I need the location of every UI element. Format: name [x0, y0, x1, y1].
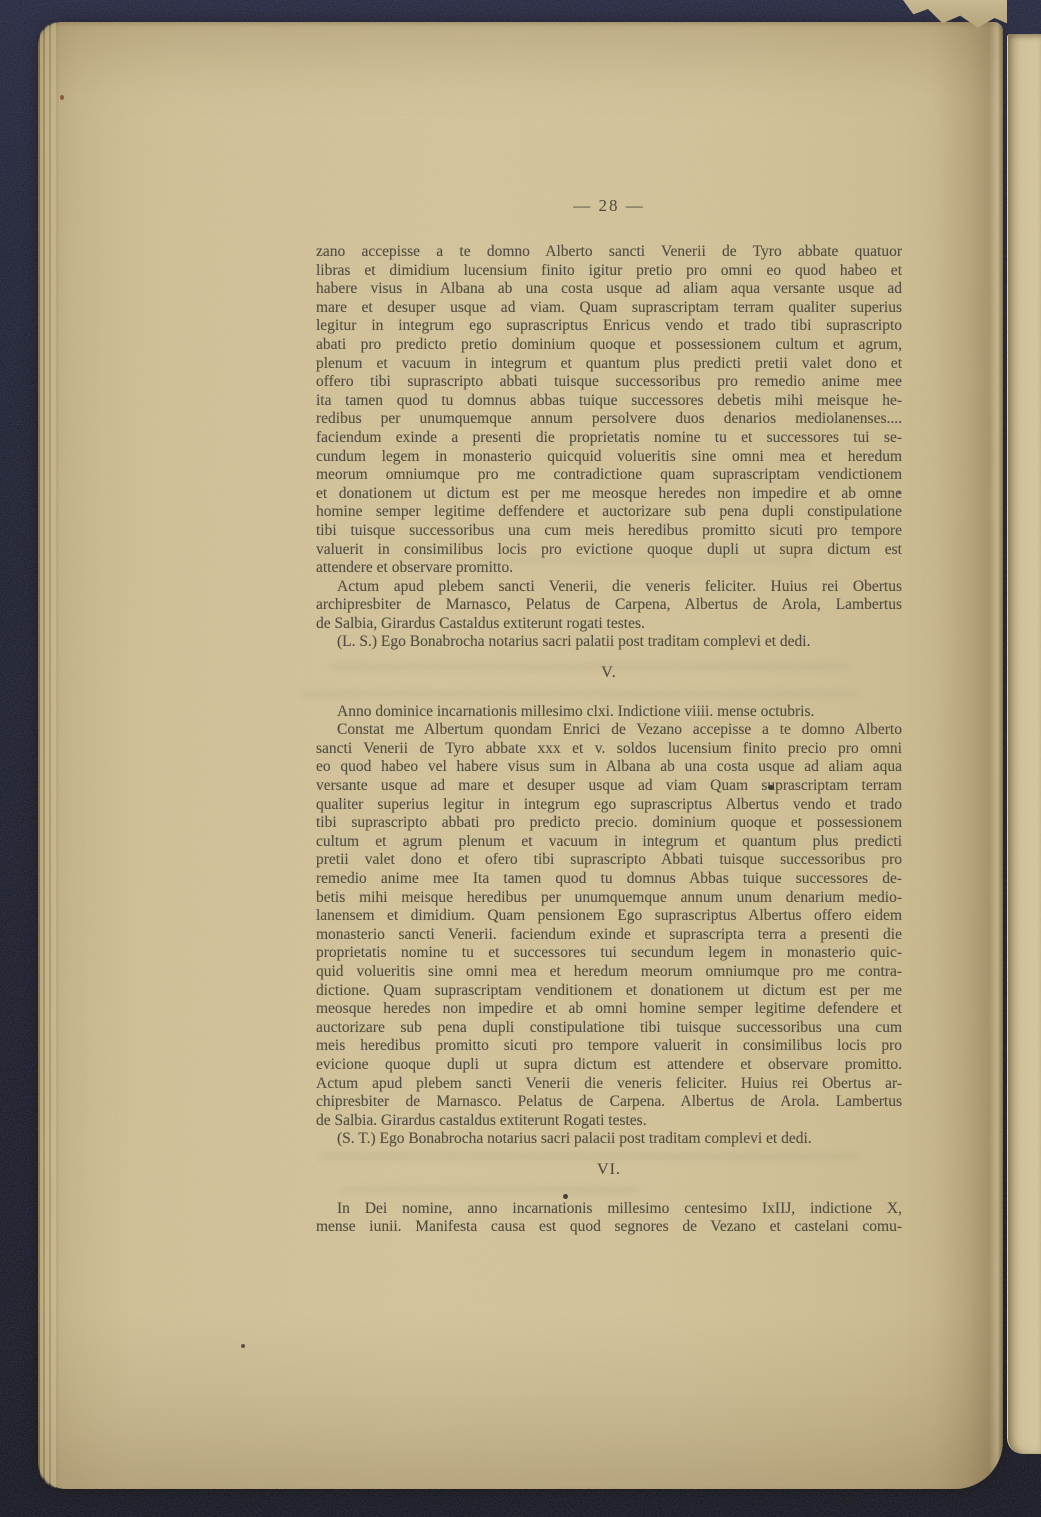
text-line: (S. T.) Ego Bonabrocha notarius sacri pa… — [316, 1130, 902, 1149]
text-line: et donationem ut dictum est per me meosq… — [316, 485, 902, 504]
paragraph: In Dei nomine, anno incarnationis milles… — [316, 1200, 902, 1237]
ink-speck — [563, 1194, 568, 1199]
text-line: faciendum exinde a presenti die propriet… — [316, 429, 902, 448]
text-line: cundum legem in monasterio quicquid volu… — [316, 448, 902, 467]
showthrough-smudge — [330, 662, 850, 671]
paragraph: zano accepisse a te domno Alberto sancti… — [316, 243, 902, 578]
text-line: habere visus in Albana ab una costa usqu… — [316, 280, 902, 299]
text-line: zano accepisse a te domno Alberto sancti… — [316, 243, 902, 262]
text-line: meosque heredes non impedire et ab omni … — [316, 1000, 902, 1019]
text-line: tibi tuisque successoribus una cum meis … — [316, 522, 902, 541]
text-line: sancti Venerii de Tyro abbate xxx et v. … — [316, 740, 902, 759]
text-line: versante usque ad mare et desuper usque … — [316, 777, 902, 796]
ink-speck — [768, 785, 774, 790]
ink-speck — [241, 1344, 245, 1348]
text-line: tibi suprascripto abbati pro predicto pr… — [316, 814, 902, 833]
text-line: (L. S.) Ego Bonabrocha notarius sacri pa… — [316, 633, 902, 652]
text-line: Constat me Albertum quondam Enrici de Ve… — [316, 721, 902, 740]
text-line: Anno dominice incarnationis millesimo cl… — [316, 703, 902, 722]
text-line: pretii valet dono et ofero tibi suprascr… — [316, 851, 902, 870]
text-line: In Dei nomine, anno incarnationis milles… — [316, 1200, 902, 1219]
text-line: auctorizare sub pena dupli constipulatio… — [316, 1019, 902, 1038]
section-heading: VI. — [316, 1161, 902, 1180]
text-line: monasterio sancti Venerii. faciendum exi… — [316, 926, 902, 945]
paragraph: (S. T.) Ego Bonabrocha notarius sacri pa… — [316, 1130, 902, 1149]
text-line: legitur in integrum ego suprascriptus En… — [316, 317, 902, 336]
scan-background: — 28 — zano accepisse a te domno Alberto… — [0, 0, 1041, 1517]
text-line: eo quod habeo vel habere visus sum in Al… — [316, 758, 902, 777]
text-line: libras et dimidium lucensium finito igit… — [316, 262, 902, 281]
text-line: Actum apud plebem sancti Venerii die ven… — [316, 1075, 902, 1094]
ink-speck — [60, 95, 64, 100]
text-line: redibus per unumquemque annum persolvere… — [316, 410, 902, 429]
text-line: plenum et vacuum in integrum et quantum … — [316, 355, 902, 374]
showthrough-smudge — [300, 690, 860, 698]
text-line: quid volueritis sine omni mea et heredum… — [316, 963, 902, 982]
book-page: — 28 — zano accepisse a te domno Alberto… — [38, 22, 1003, 1489]
text-line: Actum apud plebem sancti Venerii, die ve… — [316, 578, 902, 597]
text-line: proprietatis nomine tu et successores tu… — [316, 944, 902, 963]
showthrough-smudge — [320, 1152, 860, 1161]
text-line: archipresbiter de Marnasco, Pelatus de C… — [316, 596, 902, 615]
text-line: mare et desuper usque ad viam. Quam supr… — [316, 299, 902, 318]
text-line: meorum omniumque pro me contradictione q… — [316, 466, 902, 485]
facing-page-edge — [1007, 34, 1041, 1454]
paragraph: Actum apud plebem sancti Venerii, die ve… — [316, 578, 902, 634]
showthrough-smudge — [480, 555, 810, 564]
text-line: de Salbia, Girardus Castaldus extiterunt… — [316, 615, 902, 634]
text-line: lanensem et dimidium. Quam pensionem Ego… — [316, 907, 902, 926]
ink-speck — [898, 491, 901, 494]
text-line: remedio anime mee Ita tamen quod tu domn… — [316, 870, 902, 889]
page-number: — 28 — — [316, 196, 902, 216]
text-line: betis mihi meisque heredibus per unumque… — [316, 889, 902, 908]
text-line: evicione quoque dupli ut supra dictum es… — [316, 1056, 902, 1075]
text-line: abati pro predicto pretio dominium quoqu… — [316, 336, 902, 355]
text-line: mense iunii. Manifesta causa est quod se… — [316, 1218, 902, 1237]
showthrough-smudge — [340, 1186, 640, 1194]
text-line: de Salbia. Girardus castaldus extiterunt… — [316, 1112, 902, 1131]
text-line: cultum et agrum plenum et vacuum in inte… — [316, 833, 902, 852]
text-line: offero tibi suprascripto abbati tuisque … — [316, 373, 902, 392]
text-line: meis heredibus promitto sicuti pro tempo… — [316, 1037, 902, 1056]
paragraph: Anno dominice incarnationis millesimo cl… — [316, 703, 902, 722]
text-line: dictione. Quam suprascriptam venditionem… — [316, 982, 902, 1001]
text-line: ita tamen quod tu domnus abbas tuique su… — [316, 392, 902, 411]
text-block: zano accepisse a te domno Alberto sancti… — [316, 243, 902, 1237]
paragraph: (L. S.) Ego Bonabrocha notarius sacri pa… — [316, 633, 902, 652]
text-line: homine semper legitime deffendere et auc… — [316, 503, 902, 522]
text-line: chipresbiter de Marnasco. Pelatus de Car… — [316, 1093, 902, 1112]
text-line: qualiter superius legitur in integrum eg… — [316, 796, 902, 815]
paragraph: Constat me Albertum quondam Enrici de Ve… — [316, 721, 902, 1130]
